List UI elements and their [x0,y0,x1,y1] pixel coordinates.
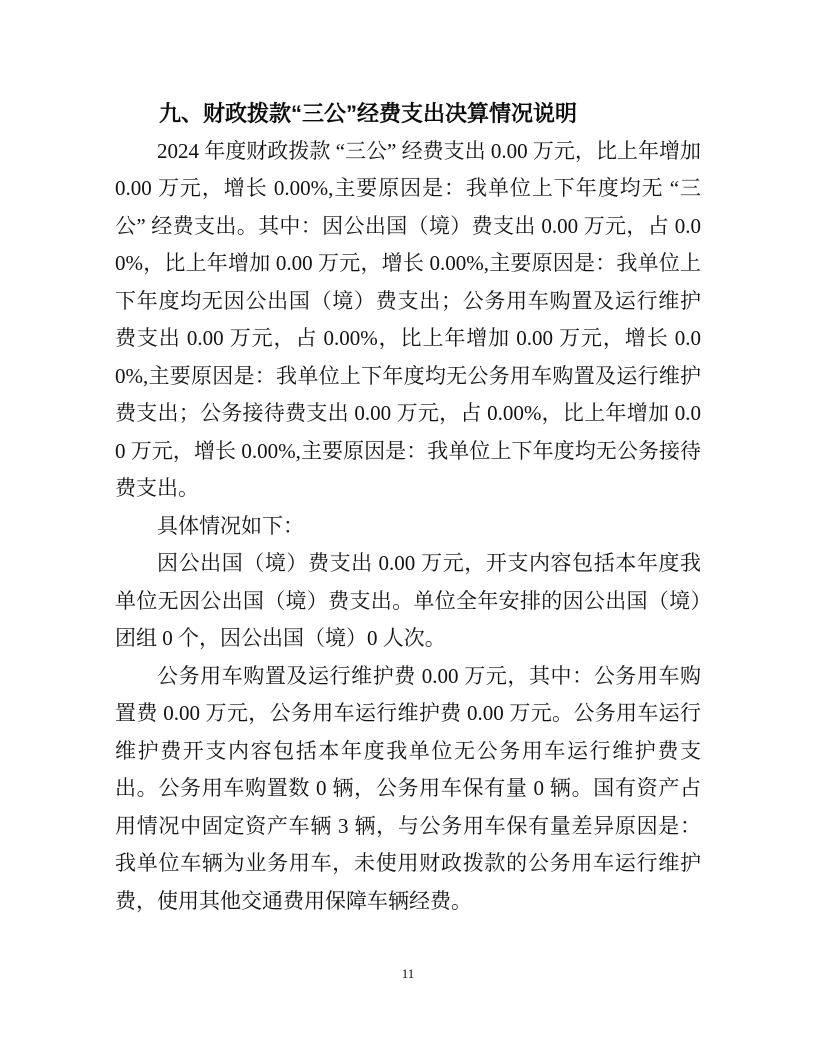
section-title: 九、财政拨款“三公”经费支出决算情况说明 [115,95,701,133]
paragraph-overseas-travel: 因公出国（境）费支出 0.00 万元，开支内容包括本年度我单位无因公出国（境）费… [115,545,701,658]
document-content: 九、财政拨款“三公”经费支出决算情况说明 2024 年度财政拨款 “三公” 经费… [115,95,701,920]
page-number: 11 [0,966,816,982]
document-page: 九、财政拨款“三公”经费支出决算情况说明 2024 年度财政拨款 “三公” 经费… [0,0,816,1056]
paragraph-official-vehicles: 公务用车购置及运行维护费 0.00 万元，其中：公务用车购置费 0.00 万元，… [115,658,701,921]
paragraph-details-intro: 具体情况如下： [115,508,701,546]
paragraph-three-public-summary: 2024 年度财政拨款 “三公” 经费支出 0.00 万元，比上年增加 0.00… [115,133,701,508]
